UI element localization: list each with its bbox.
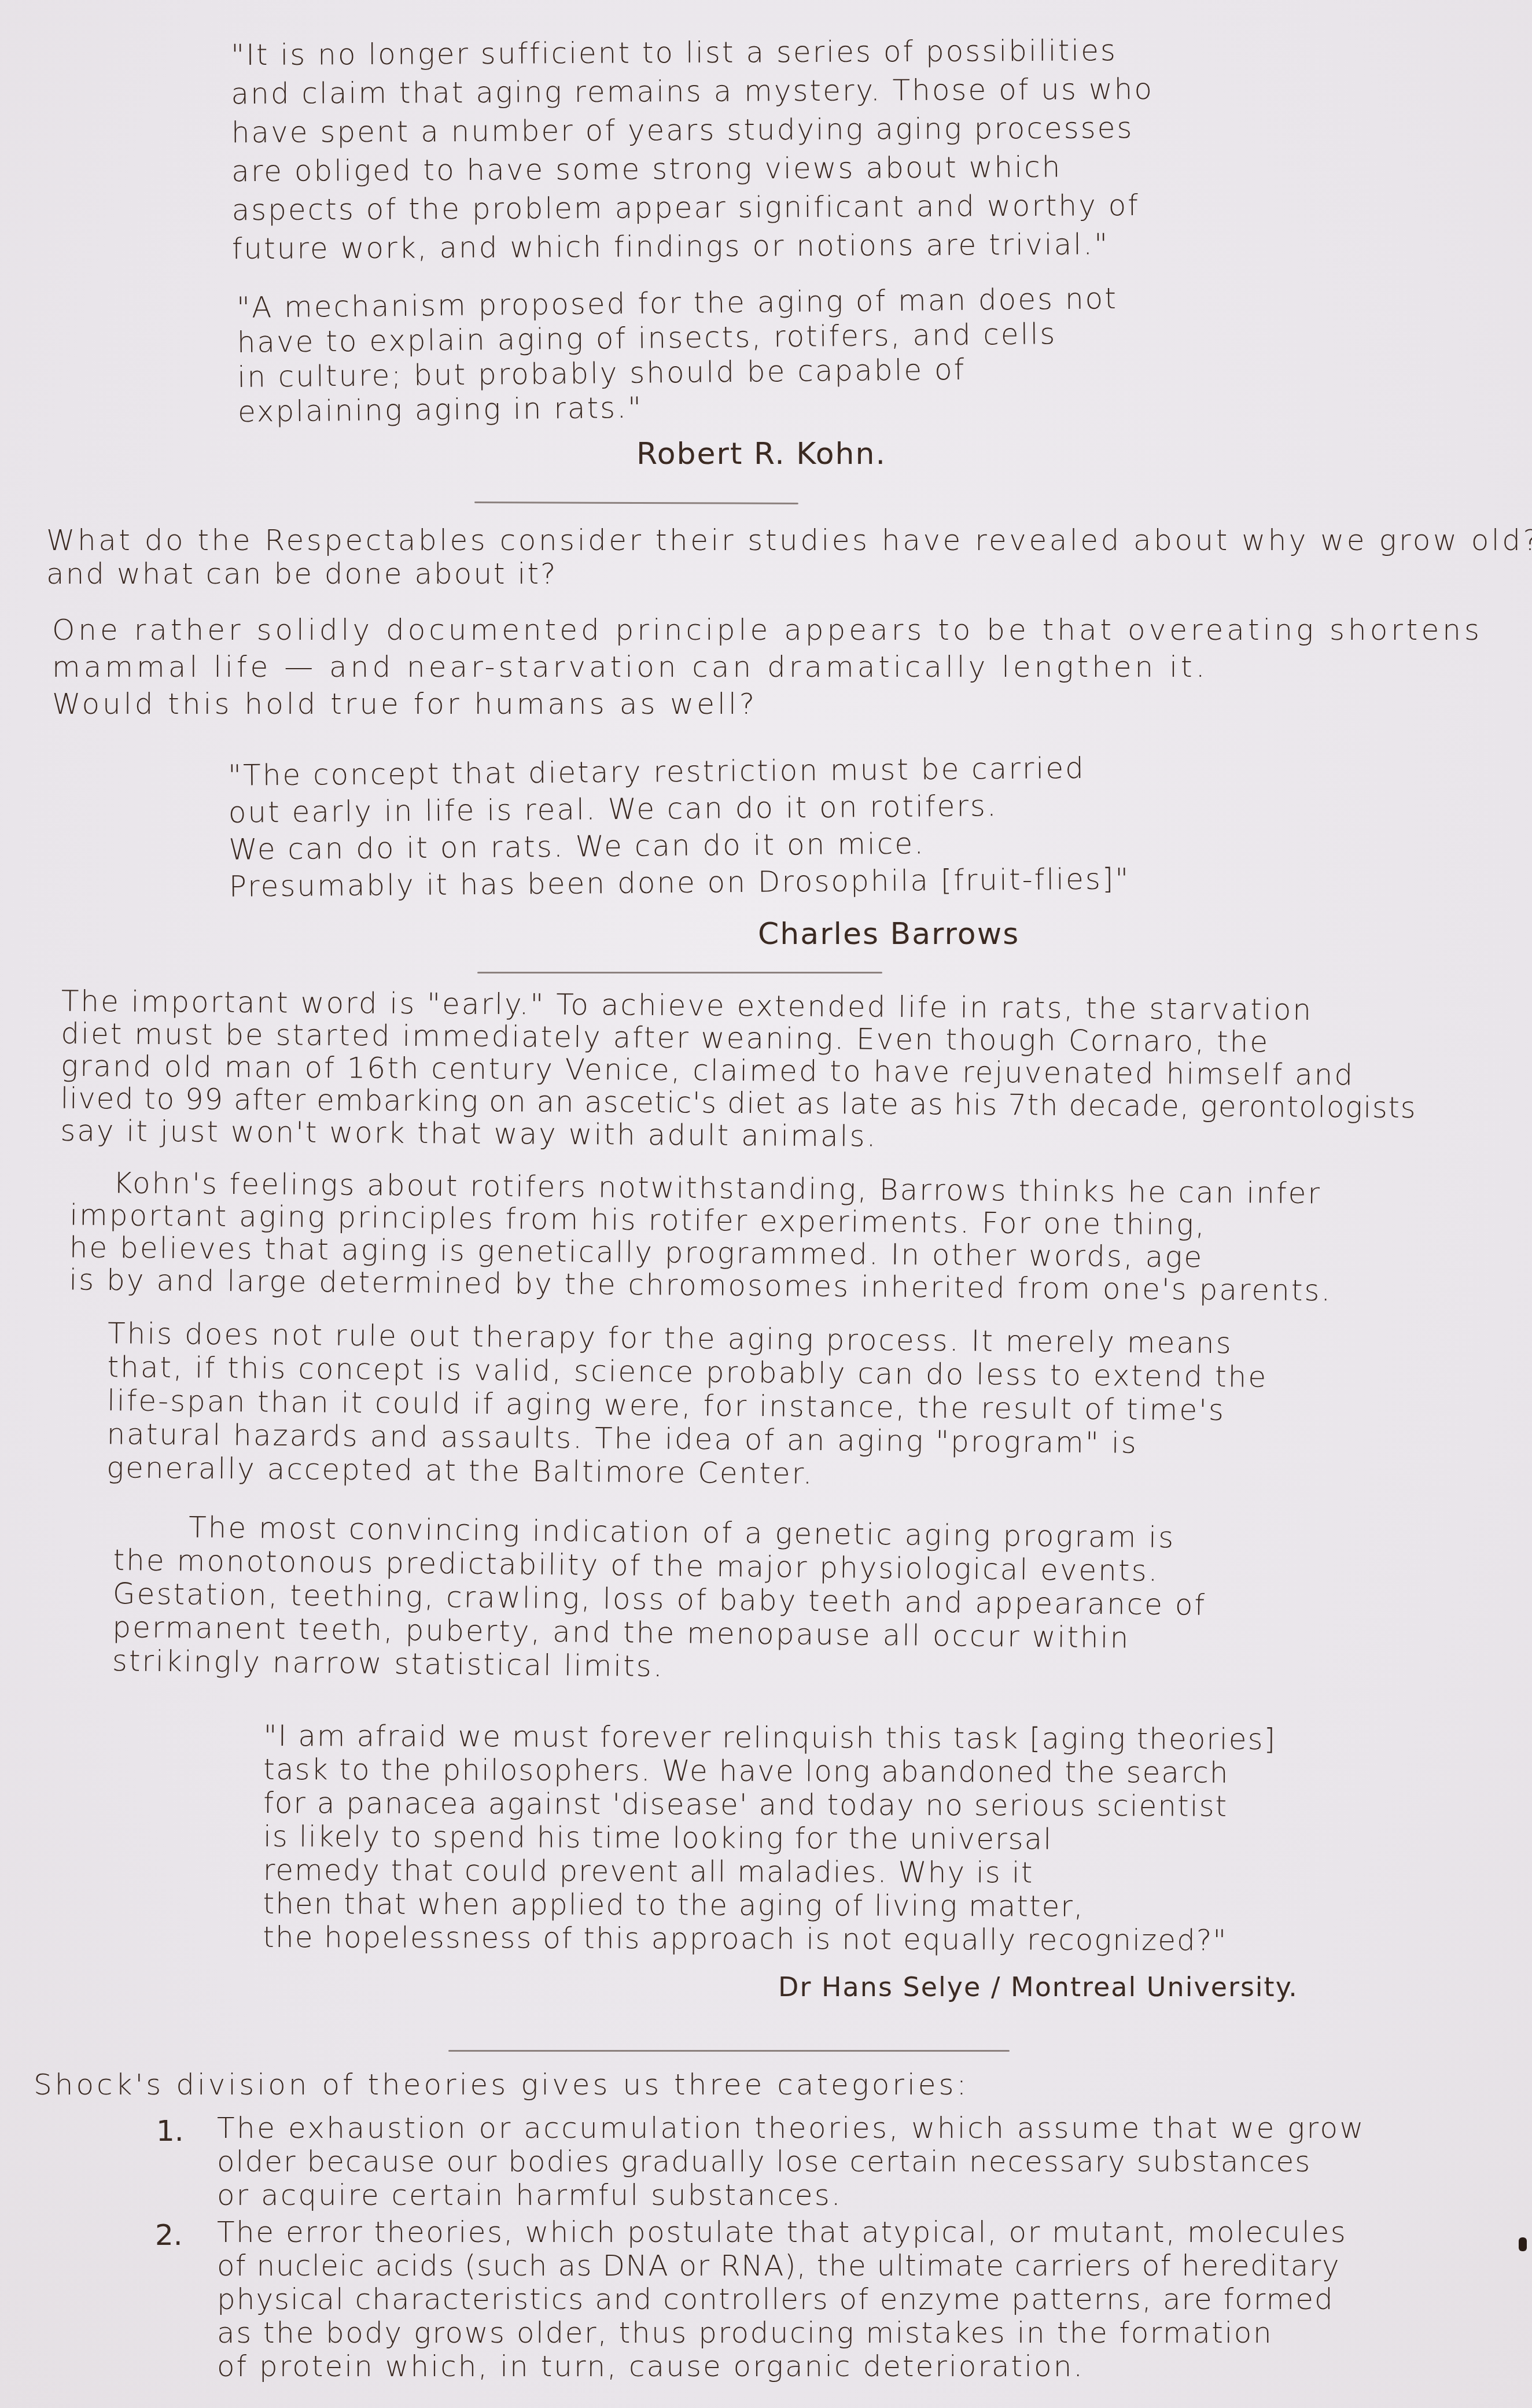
list-number: 2. xyxy=(155,2218,183,2252)
quote-line: task to the philosophers. We have long a… xyxy=(263,1753,1276,1790)
theory-line: The exhaustion or accumulation theories,… xyxy=(217,2111,1365,2145)
quote-line: have spent a number of years studying ag… xyxy=(231,111,1154,149)
section-divider xyxy=(474,501,798,504)
quote-line: are obliged to have some strong views ab… xyxy=(231,150,1154,188)
quote-line: for a panacea against 'disease' and toda… xyxy=(263,1786,1276,1823)
theory-item-exhaustion: The exhaustion or accumulation theories,… xyxy=(217,2111,1365,2212)
paragraph-genetic: The most convincing indication of a gene… xyxy=(112,1510,1207,1689)
quote-line: "It is no longer sufficient to list a se… xyxy=(231,34,1154,72)
theory-line: or acquire certain harmful substances. xyxy=(217,2178,1365,2212)
shock-division: Shock's division of theories gives us th… xyxy=(34,2068,969,2101)
paragraph-kohn-feelings: Kohn's feelings about rotifers notwithst… xyxy=(69,1166,1333,1307)
question-line: What do the Respectables consider their … xyxy=(46,523,1532,557)
quote-line: future work, and which findings or notio… xyxy=(232,227,1155,265)
paragraph-therapy: This does not rule out therapy for the a… xyxy=(106,1317,1268,1494)
theory-line: as the body grows older, thus producing … xyxy=(217,2316,1347,2350)
attribution-selye: Dr Hans Selye / Montreal University. xyxy=(778,1971,1298,2003)
theory-line: older because our bodies gradually lose … xyxy=(217,2145,1365,2178)
theory-line: The error theories, which postulate that… xyxy=(217,2215,1347,2249)
section-divider xyxy=(448,2050,1010,2052)
quote-line: out early in life is real. We can do it … xyxy=(228,788,1129,829)
list-number: 1. xyxy=(156,2114,184,2148)
ink-blot xyxy=(1519,2237,1527,2251)
principle-paragraph: One rather solidly documented principle … xyxy=(52,613,1483,721)
attribution-kohn: Robert R. Kohn. xyxy=(636,437,886,471)
question-paragraph: What do the Respectables consider their … xyxy=(46,523,1532,591)
theory-item-error: The error theories, which postulate that… xyxy=(217,2215,1347,2383)
quote-kohn: "It is no longer sufficient to list a se… xyxy=(231,34,1155,265)
theory-line: physical characteristics and controllers… xyxy=(217,2282,1347,2316)
principle-line: One rather solidly documented principle … xyxy=(52,613,1483,647)
shock-intro: Shock's division of theories gives us th… xyxy=(34,2068,969,2101)
quote-line: remedy that could prevent all maladies. … xyxy=(263,1853,1276,1890)
attribution-barrows: Charles Barrows xyxy=(758,917,1019,952)
quote-kohn-2: "A mechanism proposed for the aging of m… xyxy=(237,282,1119,429)
quote-barrows: "The concept that dietary restriction mu… xyxy=(228,751,1130,904)
section-divider xyxy=(477,972,882,973)
question-line: and what can be done about it? xyxy=(46,557,1532,591)
principle-line: Would this hold true for humans as well? xyxy=(52,687,1483,721)
quote-line: Presumably it has been done on Drosophil… xyxy=(229,862,1130,904)
theory-line: of nucleic acids (such as DNA or RNA), t… xyxy=(217,2249,1347,2282)
quote-line: "I am afraid we must forever relinquish … xyxy=(264,1719,1277,1756)
quote-selye: "I am afraid we must forever relinquish … xyxy=(263,1719,1276,1957)
quote-line: the hopelessness of this approach is not… xyxy=(263,1920,1276,1957)
quote-line: is likely to spend his time looking for … xyxy=(263,1820,1276,1857)
quote-line: aspects of the problem appear significan… xyxy=(231,189,1154,227)
quote-line: and claim that aging remains a mystery. … xyxy=(231,72,1154,110)
quote-line: then that when applied to the aging of l… xyxy=(263,1887,1276,1924)
quote-line: We can do it on rats. We can do it on mi… xyxy=(229,825,1130,866)
paragraph-early: The important word is "early." To achiev… xyxy=(60,984,1417,1157)
principle-line: mammal life — and near-starvation can dr… xyxy=(52,650,1483,684)
theory-line: of protein which, in turn, cause organic… xyxy=(217,2350,1347,2383)
quote-line: "The concept that dietary restriction mu… xyxy=(228,751,1129,792)
